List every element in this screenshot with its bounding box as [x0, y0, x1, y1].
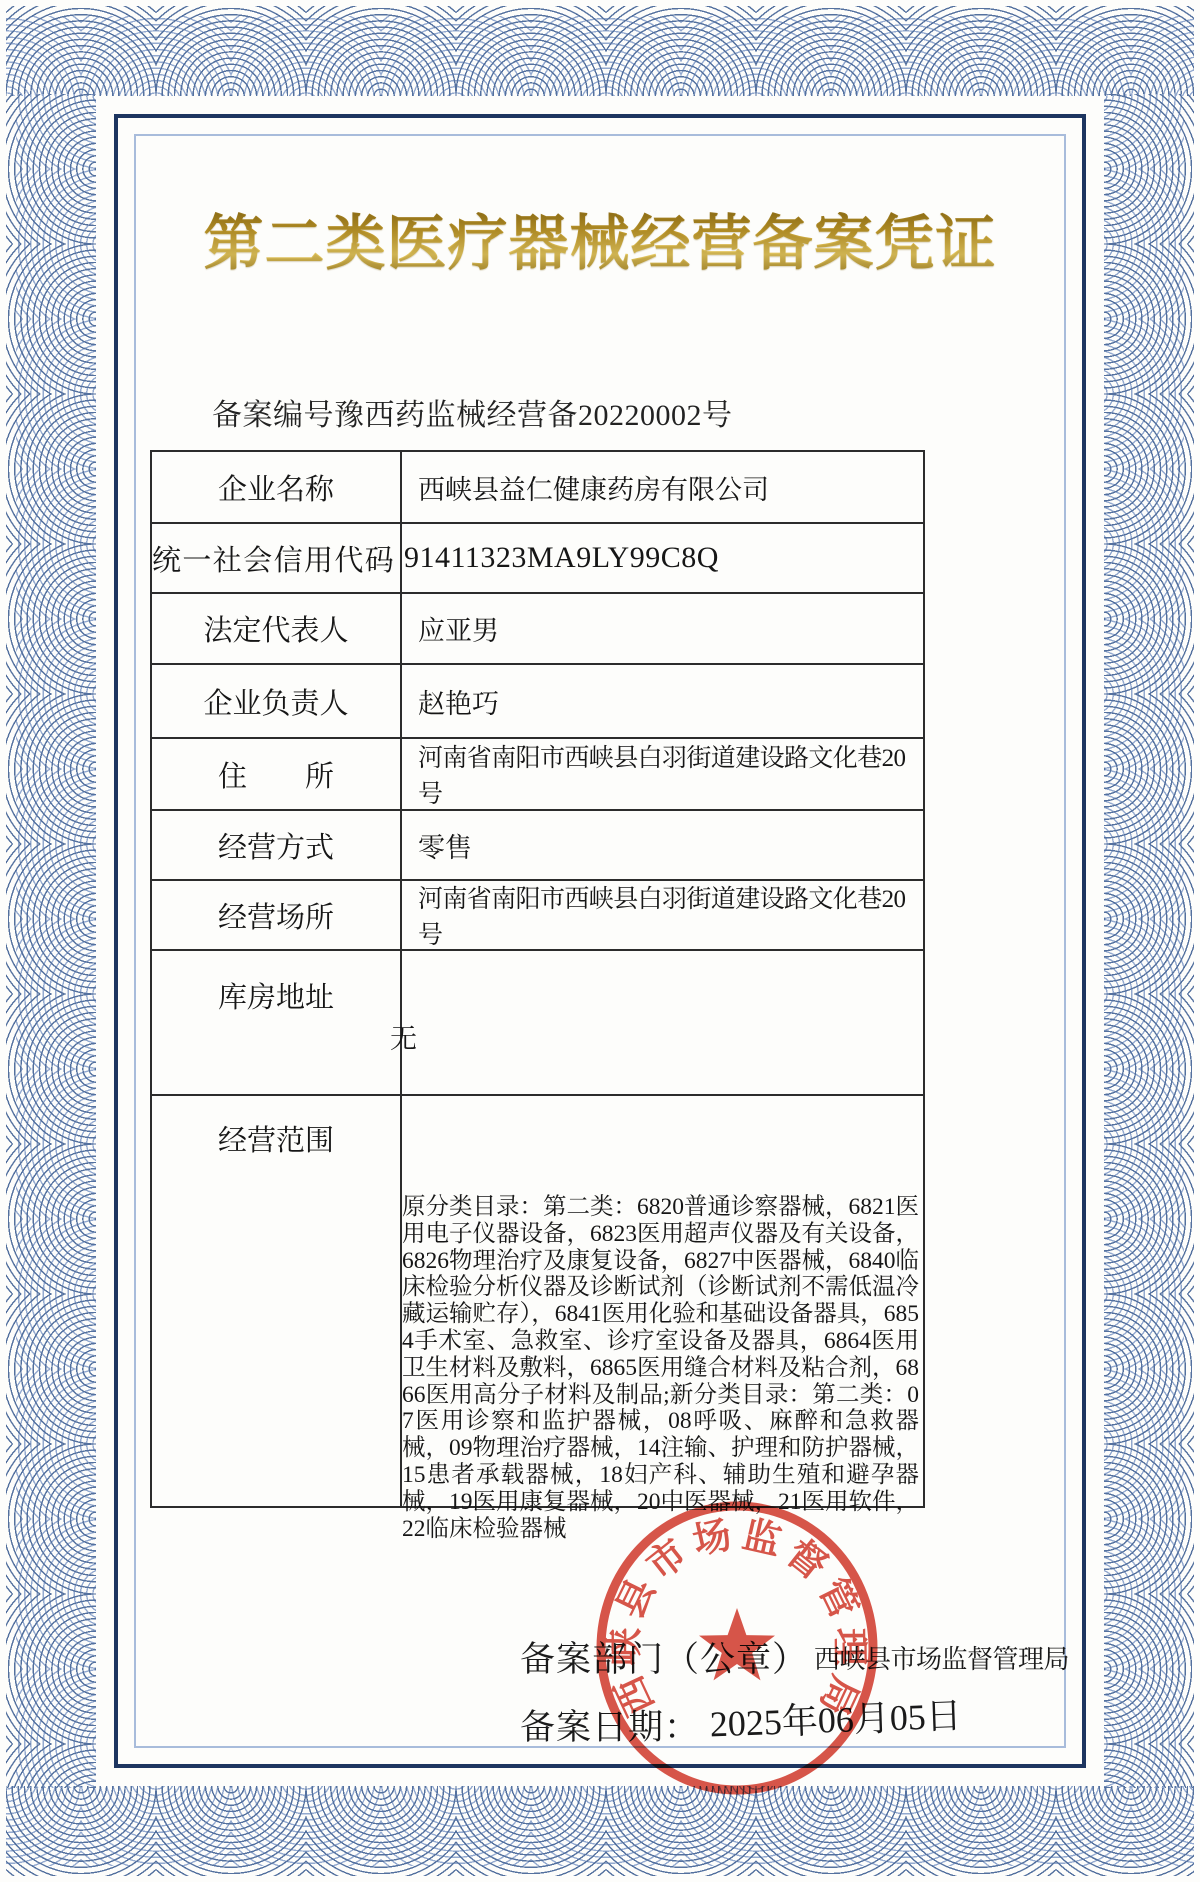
filing-department-line: 备案部门（公章） 西峡县市场监督管理局	[520, 1632, 1069, 1682]
row-value: 赵艳巧	[402, 665, 923, 737]
table-row-warehouse-address: 库房地址 无	[152, 951, 923, 1096]
filing-date-label: 备案日期：	[520, 1700, 700, 1750]
row-label: 企业名称	[152, 452, 402, 522]
row-value: 原分类目录：第二类：6820普通诊察器械，6821医用电子仪器设备，6823医用…	[402, 1096, 923, 1506]
row-label: 统一社会信用代码	[152, 524, 402, 592]
table-row-legal-rep: 法定代表人 应亚男	[152, 594, 923, 665]
row-label: 法定代表人	[152, 594, 402, 663]
svg-text:管: 管	[810, 1572, 864, 1625]
table-row-company-name: 企业名称 西峡县益仁健康药房有限公司	[152, 452, 923, 524]
table-row-business-mode: 经营方式 零售	[152, 811, 923, 881]
guilloche-border-top	[6, 6, 1194, 96]
warehouse-none: 无	[390, 1017, 417, 1056]
row-value: 河南省南阳市西峡县白羽街道建设路文化巷20号	[402, 881, 923, 949]
guilloche-border-left	[6, 94, 96, 1788]
filing-date-value: 2025年06月05日	[709, 1688, 963, 1748]
certificate-title: 第二类医疗器械经营备案凭证	[0, 196, 1200, 282]
guilloche-border-right	[1104, 94, 1194, 1788]
seal-arc-text: 西峡县市场监督管理局	[604, 1514, 870, 1721]
table-row-credit-code: 统一社会信用代码 91411323MA9LY99C8Q	[152, 524, 923, 594]
row-value: 河南省南阳市西峡县白羽街道建设路文化巷20号	[402, 739, 923, 809]
filing-number-label: 备案编号	[212, 399, 334, 432]
row-label: 经营场所	[152, 881, 402, 949]
row-value: 无	[402, 951, 923, 1094]
certificate-page: 第二类医疗器械经营备案凭证 备案编号豫西药监械经营备20220002号 企业名称…	[0, 0, 1200, 1882]
filing-number-value: 豫西药监械经营备20220002号	[334, 399, 733, 432]
guilloche-border-bottom	[6, 1786, 1194, 1876]
filing-department-value: 西峡县市场监督管理局	[814, 1639, 1069, 1676]
row-value: 应亚男	[402, 594, 923, 663]
table-row-person-in-charge: 企业负责人 赵艳巧	[152, 665, 923, 739]
row-label: 经营方式	[152, 811, 402, 879]
row-label: 住 所	[152, 739, 402, 809]
row-label: 经营范围	[152, 1096, 402, 1506]
filing-department-label: 备案部门（公章）	[520, 1632, 808, 1682]
row-value: 零售	[402, 811, 923, 879]
filing-date-line: 备案日期： 2025年06月05日	[520, 1700, 962, 1751]
info-table: 企业名称 西峡县益仁健康药房有限公司 统一社会信用代码 91411323MA9L…	[150, 450, 925, 1508]
table-row-residence: 住 所 河南省南阳市西峡县白羽街道建设路文化巷20号	[152, 739, 923, 811]
table-row-business-scope: 经营范围 原分类目录：第二类：6820普通诊察器械，6821医用电子仪器设备，6…	[152, 1096, 923, 1506]
table-row-business-site: 经营场所 河南省南阳市西峡县白羽街道建设路文化巷20号	[152, 881, 923, 951]
row-label: 库房地址	[152, 951, 402, 1094]
row-label: 企业负责人	[152, 665, 402, 737]
filing-number: 备案编号豫西药监械经营备20220002号	[212, 390, 733, 434]
row-value: 西峡县益仁健康药房有限公司	[402, 452, 923, 522]
svg-text:县: 县	[609, 1572, 663, 1625]
row-value: 91411323MA9LY99C8Q	[402, 524, 923, 592]
